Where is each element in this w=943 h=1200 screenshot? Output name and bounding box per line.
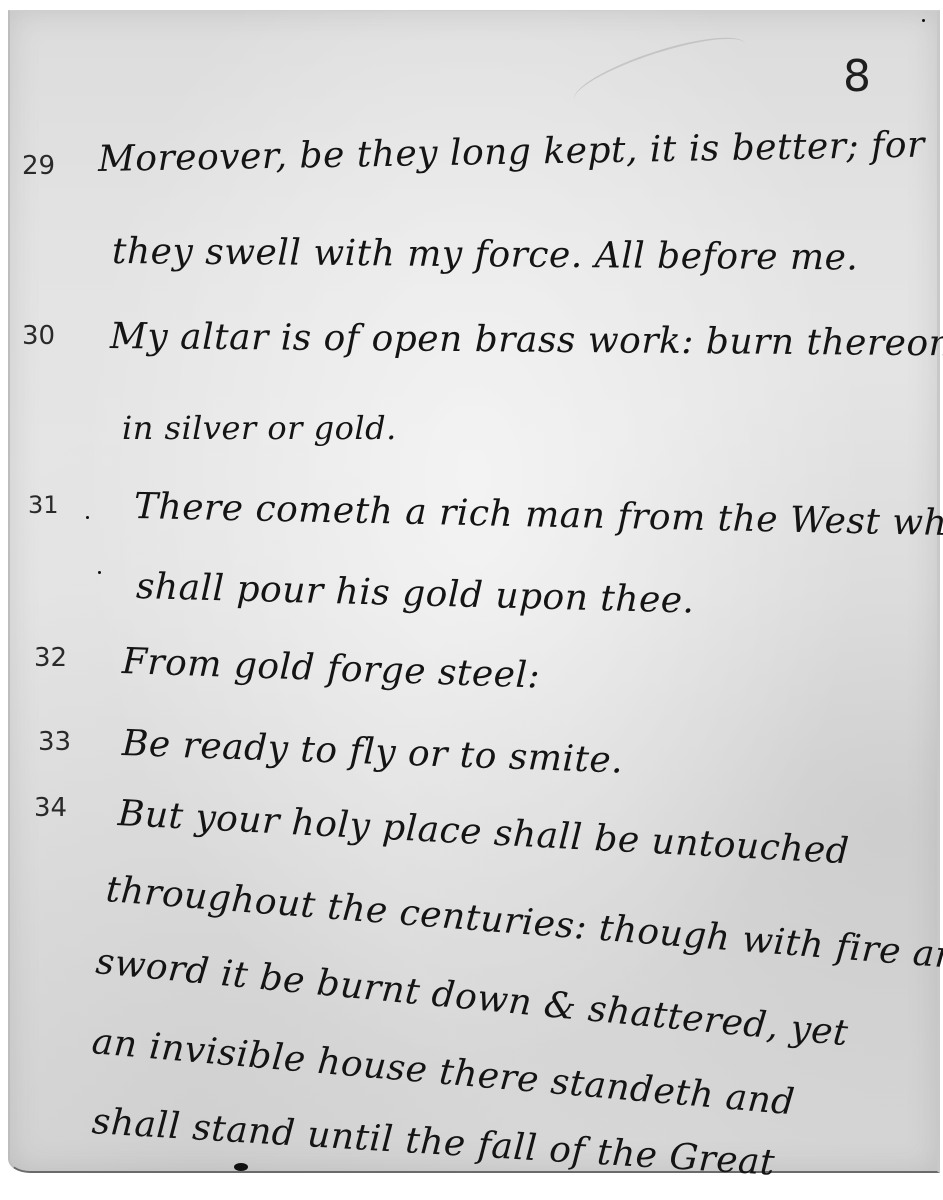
verse-line: My altar is of open brass work: burn the…	[110, 316, 943, 364]
verse-line: Be ready to fly or to smite.	[121, 723, 624, 781]
verse-number: 33	[38, 727, 71, 757]
ink-speck	[86, 516, 89, 519]
verse-line: But your holy place shall be untouched	[117, 793, 850, 872]
verse-number: 30	[22, 321, 55, 351]
verse-line: shall pour his gold upon thee.	[135, 566, 695, 622]
verse-line: they swell with my force. All before me.	[112, 231, 859, 279]
verse-line: There cometh a rich man from the West wh…	[134, 486, 943, 544]
page-number: 8	[843, 51, 871, 102]
verse-number: 31	[28, 491, 59, 519]
verse-number: 32	[34, 643, 67, 673]
ink-speck	[98, 571, 101, 574]
manuscript-page: 8 29 Moreover, be they long kept, it is …	[8, 10, 940, 1173]
verse-line: shall stand until the fall of the Great	[91, 1101, 776, 1184]
paper-fold-crease	[568, 24, 752, 120]
verse-line: Moreover, be they long kept, it is bette…	[98, 125, 925, 180]
verse-line: in silver or gold.	[122, 409, 397, 447]
verse-line: From gold forge steel:	[121, 641, 541, 697]
ink-blot	[234, 1163, 248, 1171]
verse-number: 34	[34, 793, 67, 823]
ink-speck	[922, 19, 925, 22]
verse-number: 29	[22, 151, 55, 181]
